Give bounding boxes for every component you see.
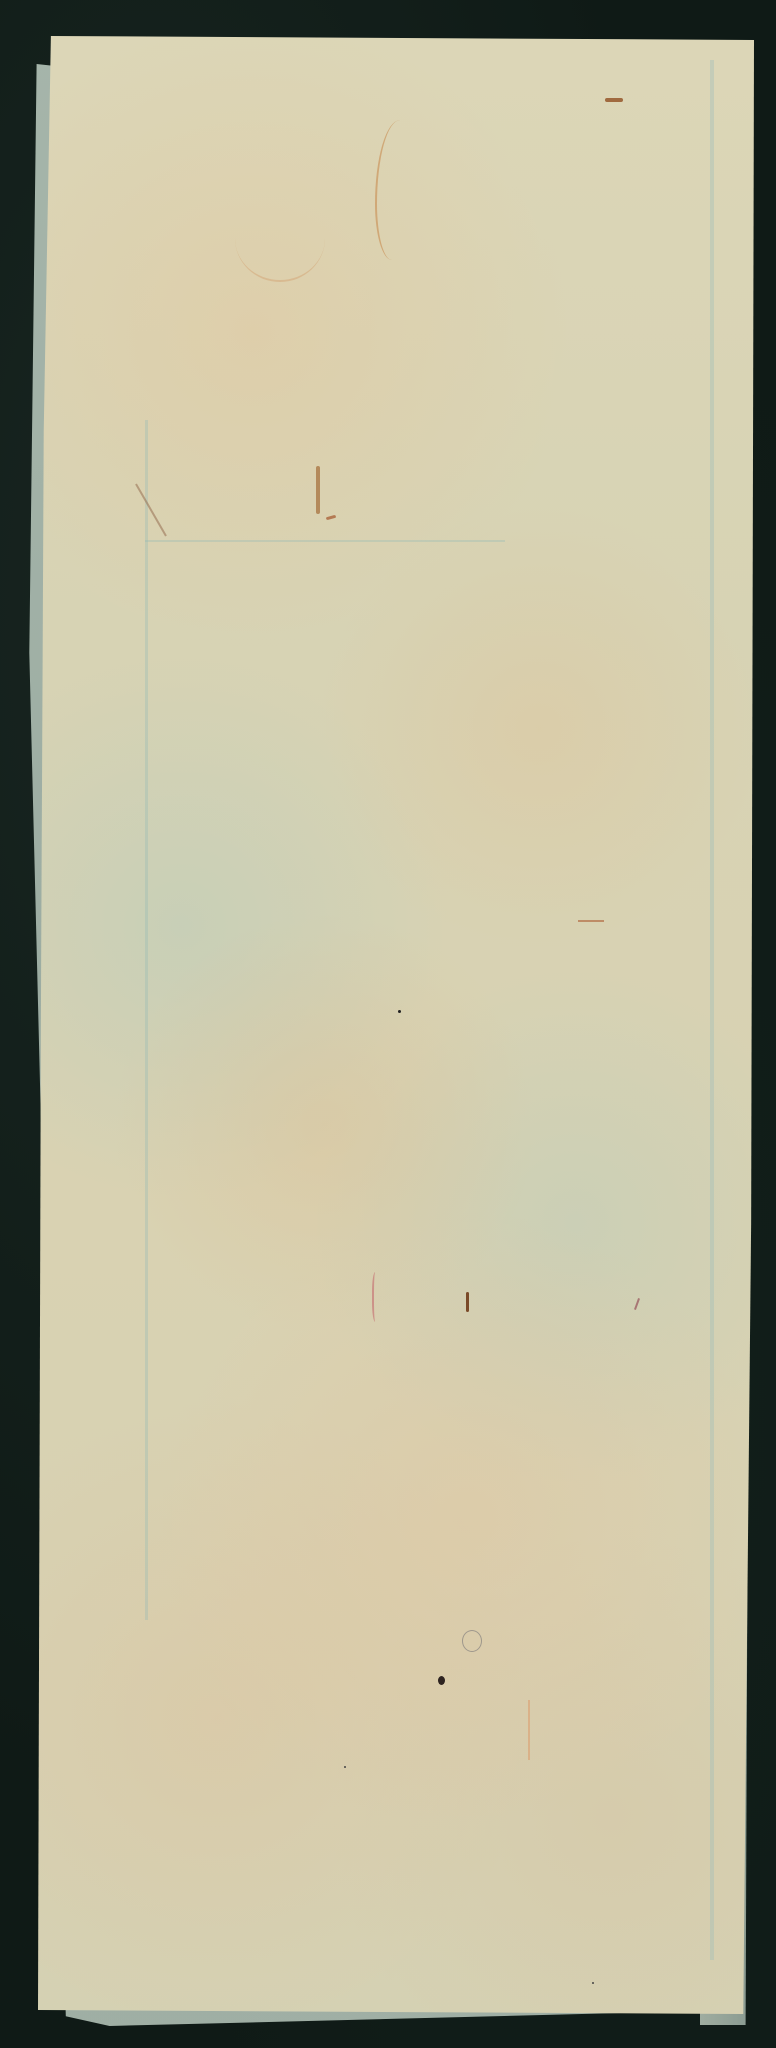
paper-fiber [235, 195, 325, 282]
paper-mark [466, 1292, 469, 1312]
bleed-through-edge [710, 60, 714, 1960]
paper-speck [605, 98, 623, 102]
paper-fiber [372, 1272, 380, 1322]
paper-speck [592, 1982, 594, 1984]
paper-fiber [578, 920, 604, 922]
paper-speck [398, 1010, 401, 1013]
bleed-through-line [145, 540, 505, 542]
paper-ring-mark [462, 1630, 482, 1652]
paper-speck [438, 1676, 445, 1685]
paper-speck [344, 1766, 346, 1768]
paper-fiber [528, 1700, 530, 1760]
bleed-through-line [145, 420, 148, 1620]
paper-mark [316, 466, 320, 514]
